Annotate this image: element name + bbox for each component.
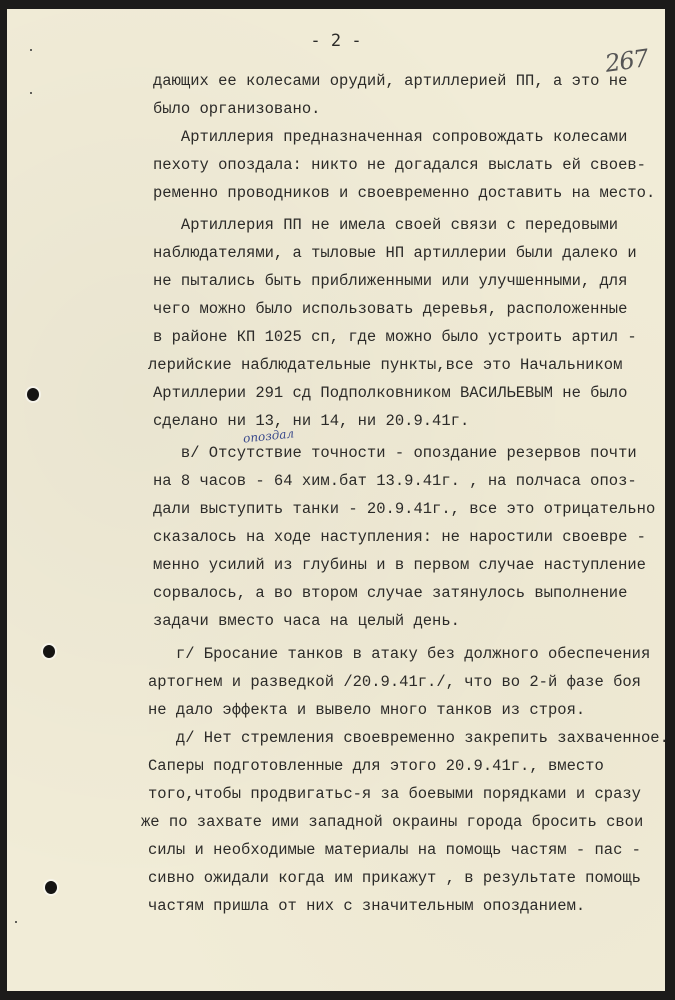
binder-hole: [27, 388, 39, 401]
text-line: пехоту опоздала: никто не догадался высл…: [153, 156, 646, 174]
text-line: артогнем и разведкой /20.9.41г./, что во…: [148, 673, 641, 691]
text-line: чего можно было использовать деревья, ра…: [153, 300, 627, 318]
text-line: на 8 часов - 64 хим.бат 13.9.41г. , на п…: [153, 472, 637, 490]
text-line: г/ Бросание танков в атаку без должного …: [148, 645, 650, 663]
text-line: было организовано.: [153, 100, 320, 118]
text-line: задачи вместо часа на целый день.: [153, 612, 460, 630]
text-line: же по захвате ими западной окраины город…: [141, 813, 643, 831]
text-line: менно усилий из глубины и в первом случа…: [153, 556, 646, 574]
document-body: дающих ее колесами орудий, артиллерией П…: [7, 9, 665, 991]
text-line: дающих ее колесами орудий, артиллерией П…: [153, 72, 627, 90]
text-line: сорвалось, а во втором случае затянулось…: [153, 584, 627, 602]
paper-speck: [30, 92, 32, 94]
text-line: сивно ожидали когда им прикажут , в резу…: [148, 869, 641, 887]
text-line: силы и необходимые материалы на помощь ч…: [148, 841, 641, 859]
text-line: ременно проводников и своевременно доста…: [153, 184, 655, 202]
binder-hole: [45, 881, 57, 894]
text-line: в районе КП 1025 сп, где можно было устр…: [153, 328, 637, 346]
text-line: сказалось на ходе наступления: не нарост…: [153, 528, 646, 546]
text-line: Артиллерии 291 сд Подполковником ВАСИЛЬЕ…: [153, 384, 627, 402]
text-line: того,чтобы продвигатьс-я за боевыми поря…: [148, 785, 641, 803]
text-line: Артиллерия ПП не имела своей связи с пер…: [153, 216, 618, 234]
text-line: частям пришла от них с значительным опоз…: [148, 897, 585, 915]
text-line: дали выступить танки - 20.9.41г., все эт…: [153, 500, 655, 518]
binder-hole: [43, 645, 55, 658]
text-line: не пытались быть приближенными или улучш…: [153, 272, 627, 290]
paper-speck: [15, 921, 17, 923]
text-line: д/ Нет стремления своевременно закрепить…: [148, 729, 669, 747]
paper-speck: [30, 49, 32, 51]
text-line: наблюдателями, а тыловые НП артиллерии б…: [153, 244, 637, 262]
text-line: в/ Отсутствие точности - опоздание резер…: [153, 444, 637, 462]
text-line: Саперы подготовленные для этого 20.9.41г…: [148, 757, 604, 775]
text-line: сделано ни 13, ни 14, ни 20.9.41г.: [153, 412, 469, 430]
document-page: - 2 - 267 дающих ее колесами орудий, арт…: [7, 9, 665, 991]
text-line: лерийские наблюдательные пункты,все это …: [148, 356, 622, 374]
text-line: не дало эффекта и вывело много танков из…: [148, 701, 585, 719]
text-line: Артиллерия предназначенная сопровождать …: [153, 128, 627, 146]
